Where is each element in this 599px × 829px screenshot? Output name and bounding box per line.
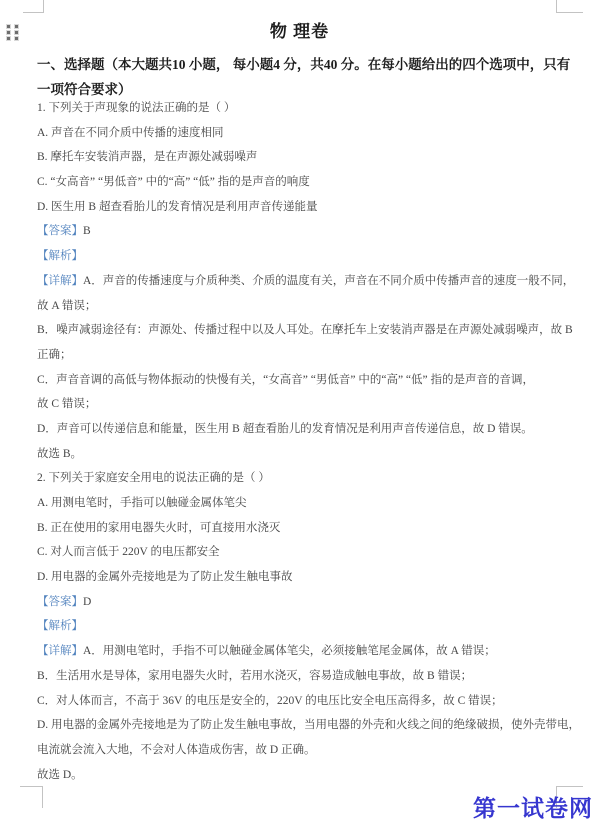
text-segment: D. 用电器的金属外壳接地是为了防止发生触电事故: [37, 571, 293, 583]
text-segment: D: [83, 596, 91, 608]
crop-mark-top-left: [23, 0, 44, 13]
section-heading: 一、选择题（本大题共10 小题， 每小题4 分，共40 分。在每小题给出的四个选…: [37, 52, 577, 102]
text-line: C．声音音调的高低与物体振动的快慢有关，“女高音” “男低音” 中的“高” “低…: [37, 368, 582, 393]
text-line: A. 声音在不同介质中传播的速度相同: [37, 121, 582, 146]
text-segment: B．生活用水是导体，家用电器失火时，若用水浇灭，容易造成触电事故，故 B 错误；: [37, 670, 472, 682]
text-line: 2. 下列关于家庭安全用电的说法正确的是（ ）: [37, 466, 582, 491]
heading-line: 一、选择题（本大题共10 小题， 每小题4 分，共40 分。在每小题给出的四个选…: [37, 52, 577, 77]
text-line: 1. 下列关于声现象的说法正确的是（ ）: [37, 96, 582, 121]
text-line: 正确；: [37, 343, 582, 368]
text-line: D. 用电器的金属外壳接地是为了防止发生触电事故，当用电器的外壳和火线之间的绝缘…: [37, 713, 582, 738]
text-segment: 故选 B。: [37, 448, 82, 460]
crop-mark-top-right: [556, 0, 583, 13]
text-segment: 故选 D。: [37, 769, 83, 781]
text-line: 故选 D。: [37, 763, 582, 788]
answer-label: 【解析】: [37, 620, 83, 632]
text-line: 故 A 错误；: [37, 294, 582, 319]
text-segment: C．声音音调的高低与物体振动的快慢有关，“女高音” “男低音” 中的“高” “低…: [37, 374, 534, 386]
text-line: B. 正在使用的家用电器失火时，可直接用水浇灭: [37, 516, 582, 541]
text-line: C. 对人而言低于 220V 的电压都安全: [37, 540, 582, 565]
text-line: B. 摩托车安装消声器，是在声源处减弱噪声: [37, 145, 582, 170]
text-line: 【解析】: [37, 244, 582, 269]
text-line: 故选 B。: [37, 442, 582, 467]
text-segment: B. 摩托车安装消声器，是在声源处减弱噪声: [37, 151, 257, 163]
text-line: B．噪声减弱途径有：声源处、传播过程中以及人耳处。在摩托车上安装消声器是在声源处…: [37, 318, 582, 343]
text-segment: 故 A 错误；: [37, 300, 96, 312]
answer-label: 【答案】: [37, 225, 83, 237]
watermark-logo: 第一试卷网: [473, 790, 593, 823]
answer-label: 【详解】: [37, 645, 83, 657]
text-segment: B. 正在使用的家用电器失火时，可直接用水浇灭: [37, 522, 280, 534]
text-line: D. 用电器的金属外壳接地是为了防止发生触电事故: [37, 565, 582, 590]
text-line: C．对人体而言，不高于 36V 的电压是安全的，220V 的电压比安全电压高得多…: [37, 689, 582, 714]
answer-label: 【解析】: [37, 250, 83, 262]
crop-mark-bottom-left: [20, 786, 43, 808]
document-body: 1. 下列关于声现象的说法正确的是（ ）A. 声音在不同介质中传播的速度相同B.…: [37, 96, 582, 787]
text-line: 电流就会流入大地，不会对人体造成伤害，故 D 正确。: [37, 738, 582, 763]
text-line: D. 医生用 B 超查看胎儿的发育情况是利用声音传递能量: [37, 195, 582, 220]
text-segment: C. “女高音” “男低音” 中的“高” “低” 指的是声音的响度: [37, 176, 310, 188]
text-segment: 电流就会流入大地，不会对人体造成伤害，故 D 正确。: [37, 744, 316, 756]
text-segment: B．噪声减弱途径有：声源处、传播过程中以及人耳处。在摩托车上安装消声器是在声源处…: [37, 324, 573, 336]
document-canvas: { "doc": { "title": "物 理卷", "heading_lin…: [0, 0, 599, 829]
text-line: C. “女高音” “男低音” 中的“高” “低” 指的是声音的响度: [37, 170, 582, 195]
text-line: D．声音可以传递信息和能量，医生用 B 超查看胎儿的发育情况是利用声音传递信息，…: [37, 417, 582, 442]
answer-label: 【详解】: [37, 275, 83, 287]
text-segment: A. 声音在不同介质中传播的速度相同: [37, 127, 224, 139]
text-line: 【答案】D: [37, 590, 582, 615]
text-line: 故 C 错误；: [37, 392, 582, 417]
text-segment: 正确；: [37, 349, 72, 361]
text-segment: D. 医生用 B 超查看胎儿的发育情况是利用声音传递能量: [37, 201, 317, 213]
text-line: 【详解】A．声音的传播速度与介质种类、介质的温度有关，声音在不同介质中传播声音的…: [37, 269, 582, 294]
text-line: 【答案】B: [37, 219, 582, 244]
text-line: 【解析】: [37, 614, 582, 639]
text-segment: C．对人体而言，不高于 36V 的电压是安全的，220V 的电压比安全电压高得多…: [37, 695, 503, 707]
text-segment: D. 用电器的金属外壳接地是为了防止发生触电事故，当用电器的外壳和火线之间的绝缘…: [37, 719, 580, 731]
text-segment: 2. 下列关于家庭安全用电的说法正确的是（ ）: [37, 472, 270, 484]
text-segment: 1. 下列关于声现象的说法正确的是（ ）: [37, 102, 235, 114]
text-line: B．生活用水是导体，家用电器失火时，若用水浇灭，容易造成触电事故，故 B 错误；: [37, 664, 582, 689]
text-segment: A．用测电笔时，手指不可以触碰金属体笔尖，必须接触笔尾金属体，故 A 错误；: [83, 645, 496, 657]
text-segment: D．声音可以传递信息和能量，医生用 B 超查看胎儿的发育情况是利用声音传递信息，…: [37, 423, 533, 435]
text-line: A. 用测电笔时，手指可以触碰金属体笔尖: [37, 491, 582, 516]
text-segment: 故 C 错误；: [37, 398, 96, 410]
page-title: 物 理卷: [0, 17, 599, 42]
text-segment: B: [83, 225, 91, 237]
text-segment: C. 对人而言低于 220V 的电压都安全: [37, 546, 220, 558]
answer-label: 【答案】: [37, 596, 83, 608]
text-line: 【详解】A．用测电笔时，手指不可以触碰金属体笔尖，必须接触笔尾金属体，故 A 错…: [37, 639, 582, 664]
text-segment: A. 用测电笔时，手指可以触碰金属体笔尖: [37, 497, 247, 509]
text-segment: A．声音的传播速度与介质种类、介质的温度有关，声音在不同介质中传播声音的速度一般…: [83, 275, 574, 287]
